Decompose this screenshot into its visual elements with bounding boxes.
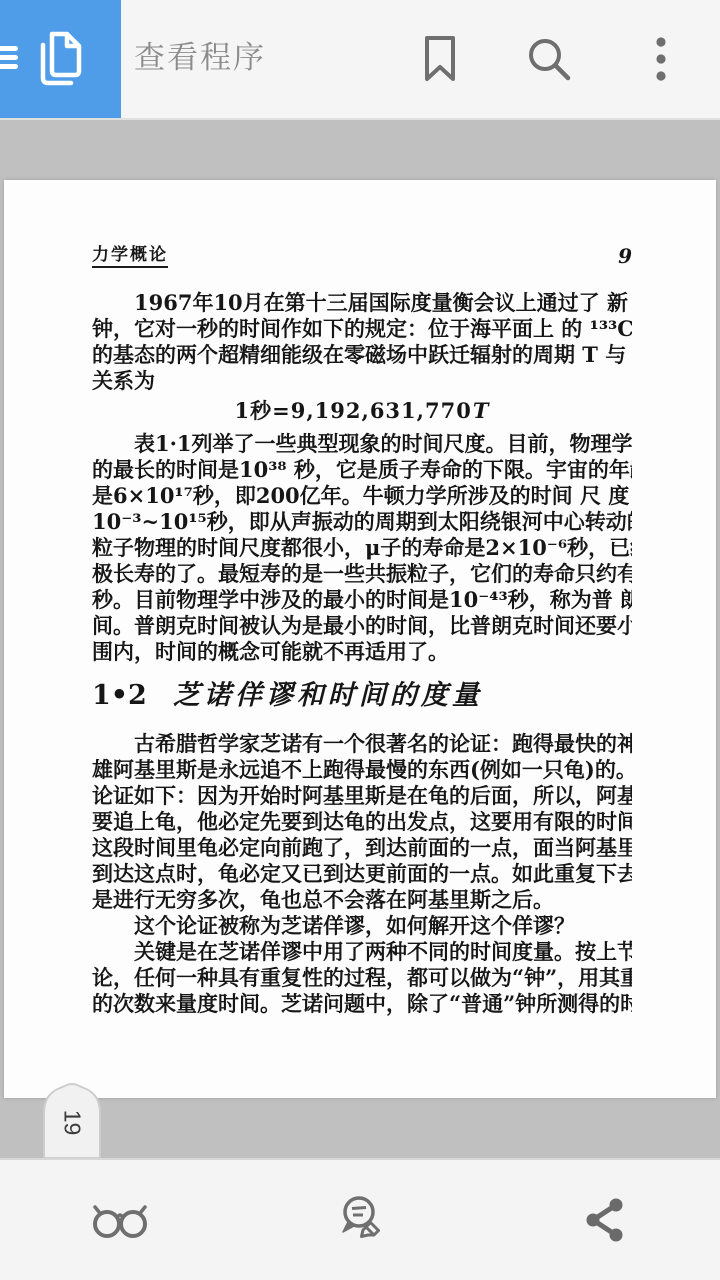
- app-title: 查看程序: [134, 0, 266, 118]
- running-header: 力学概论 9: [92, 240, 632, 268]
- text-line: 10⁻³~10¹⁵秒，即从声振动的周期到太阳绕银河中心转动的周期。: [92, 509, 632, 535]
- text-line: 粒子物理的时间尺度都很小，μ子的寿命是2×10⁻⁶秒，已经算是: [92, 535, 632, 561]
- text-line: 雄阿基里斯是永远追不上跑得最慢的东西(例如一只龟)的。他的: [92, 757, 632, 783]
- text-line: 关系为: [92, 368, 632, 394]
- text-line: 的最长的时间是10³⁸ 秒，它是质子寿命的下限。宇宙的年龄大约: [92, 457, 632, 483]
- text-line: 秒。目前物理学中涉及的最小的时间是10⁻⁴³秒，称为普 朗 克 时: [92, 587, 632, 613]
- annotation-button[interactable]: [322, 1160, 402, 1280]
- paragraph: 表1·1列举了一些典型现象的时间尺度。目前，物理学中涉及的最长的时间是10³⁸ …: [92, 431, 632, 665]
- text-line: 关键是在芝诺佯谬中用了两种不同的时间度量。按上节的讨: [92, 939, 632, 965]
- bookmark-button[interactable]: [408, 0, 472, 118]
- page-number: 9: [618, 244, 632, 268]
- page-number-tab[interactable]: 19: [40, 1083, 104, 1158]
- menu-icon: [0, 64, 18, 69]
- paragraph: 1967年10月在第十三届国际度量衡会议上通过了 新 的 标 准钟，它对一秒的时…: [92, 290, 632, 394]
- text-line: 论证如下：因为开始时阿基里斯是在龟的后面，所以，阿基里斯: [92, 783, 632, 809]
- text-line: 这段时间里龟必定向前跑了，到达前面的一点，面当阿基里斯再: [92, 835, 632, 861]
- share-icon: [584, 1197, 626, 1243]
- text-line: 钟，它对一秒的时间作如下的规定：位于海平面上 的 ¹³³Cs 原 子: [92, 316, 632, 342]
- menu-icon: [0, 55, 18, 60]
- page-tab-label: 19: [59, 1091, 86, 1155]
- bottom-toolbar: [0, 1158, 720, 1280]
- overflow-menu-button[interactable]: [636, 0, 686, 118]
- text-line: 古希腊哲学家芝诺有一个很著名的论证：跑得最快的神话英: [92, 731, 632, 757]
- text-line: 要追上龟，他必定先要到达龟的出发点，这要用有限的时间，在: [92, 809, 632, 835]
- comment-edit-icon: [337, 1195, 387, 1245]
- menu-icon: [0, 46, 18, 51]
- paragraph: 关键是在芝诺佯谬中用了两种不同的时间度量。按上节的讨论，任何一种具有重复性的过程…: [92, 939, 632, 1017]
- document-drawer-button[interactable]: [0, 0, 121, 118]
- text-line: 是进行无穷多次，龟也总不会落在阿基里斯之后。: [92, 887, 632, 913]
- text-line: 间。普朗克时间被认为是最小的时间，比普朗克时间还要小的范: [92, 613, 632, 639]
- reading-mode-button[interactable]: [80, 1160, 160, 1280]
- paragraph: 古希腊哲学家芝诺有一个很著名的论证：跑得最快的神话英雄阿基里斯是永远追不上跑得最…: [92, 731, 632, 913]
- glasses-icon: [92, 1200, 148, 1240]
- text-line: 的次数来量度时间。芝诺问题中，除了“普通”钟所测得的时间: [92, 991, 632, 1017]
- text-line: 极长寿的了。最短寿的是一些共振粒子，它们的寿命只约有10⁻²⁴: [92, 561, 632, 587]
- text-line: 是6×10¹⁷秒，即200亿年。牛顿力学所涉及的时间 尺 度 大 约 是: [92, 483, 632, 509]
- overflow-menu-icon: [655, 36, 667, 82]
- text-line: 到达这点时，龟必定又已到达更前面的一点。如此重复下去，就: [92, 861, 632, 887]
- bookmark-icon: [423, 35, 457, 83]
- search-icon: [525, 36, 573, 82]
- search-button[interactable]: [512, 0, 586, 118]
- formula: 1秒=9,192,631,770T: [92, 397, 632, 425]
- page-body: 1967年10月在第十三届国际度量衡会议上通过了 新 的 标 准钟，它对一秒的时…: [92, 290, 632, 1017]
- pages-icon: [33, 30, 87, 88]
- text-line: 1967年10月在第十三届国际度量衡会议上通过了 新 的 标 准: [92, 290, 632, 316]
- text-line: 论，任何一种具有重复性的过程，都可以做为“钟”，用其重复: [92, 965, 632, 991]
- text-line: 表1·1列举了一些典型现象的时间尺度。目前，物理学中涉及: [92, 431, 632, 457]
- running-header-title: 力学概论: [92, 240, 168, 268]
- app-toolbar: 查看程序: [0, 0, 720, 120]
- section-heading: 1•2芝诺佯谬和时间的度量: [92, 679, 632, 713]
- paragraph: 这个论证被称为芝诺佯谬，如何解开这个佯谬？: [92, 913, 632, 939]
- text-line: 的基态的两个超精细能级在零磁场中跃迁辐射的周期 T 与 1 秒的: [92, 342, 632, 368]
- text-line: 围内，时间的概念可能就不再适用了。: [92, 639, 632, 665]
- text-line: 这个论证被称为芝诺佯谬，如何解开这个佯谬？: [92, 913, 632, 939]
- document-page[interactable]: 力学概论 9 1967年10月在第十三届国际度量衡会议上通过了 新 的 标 准钟…: [4, 180, 716, 1098]
- page-content: 力学概论 9 1967年10月在第十三届国际度量衡会议上通过了 新 的 标 准钟…: [92, 240, 632, 1017]
- share-button[interactable]: [565, 1160, 645, 1280]
